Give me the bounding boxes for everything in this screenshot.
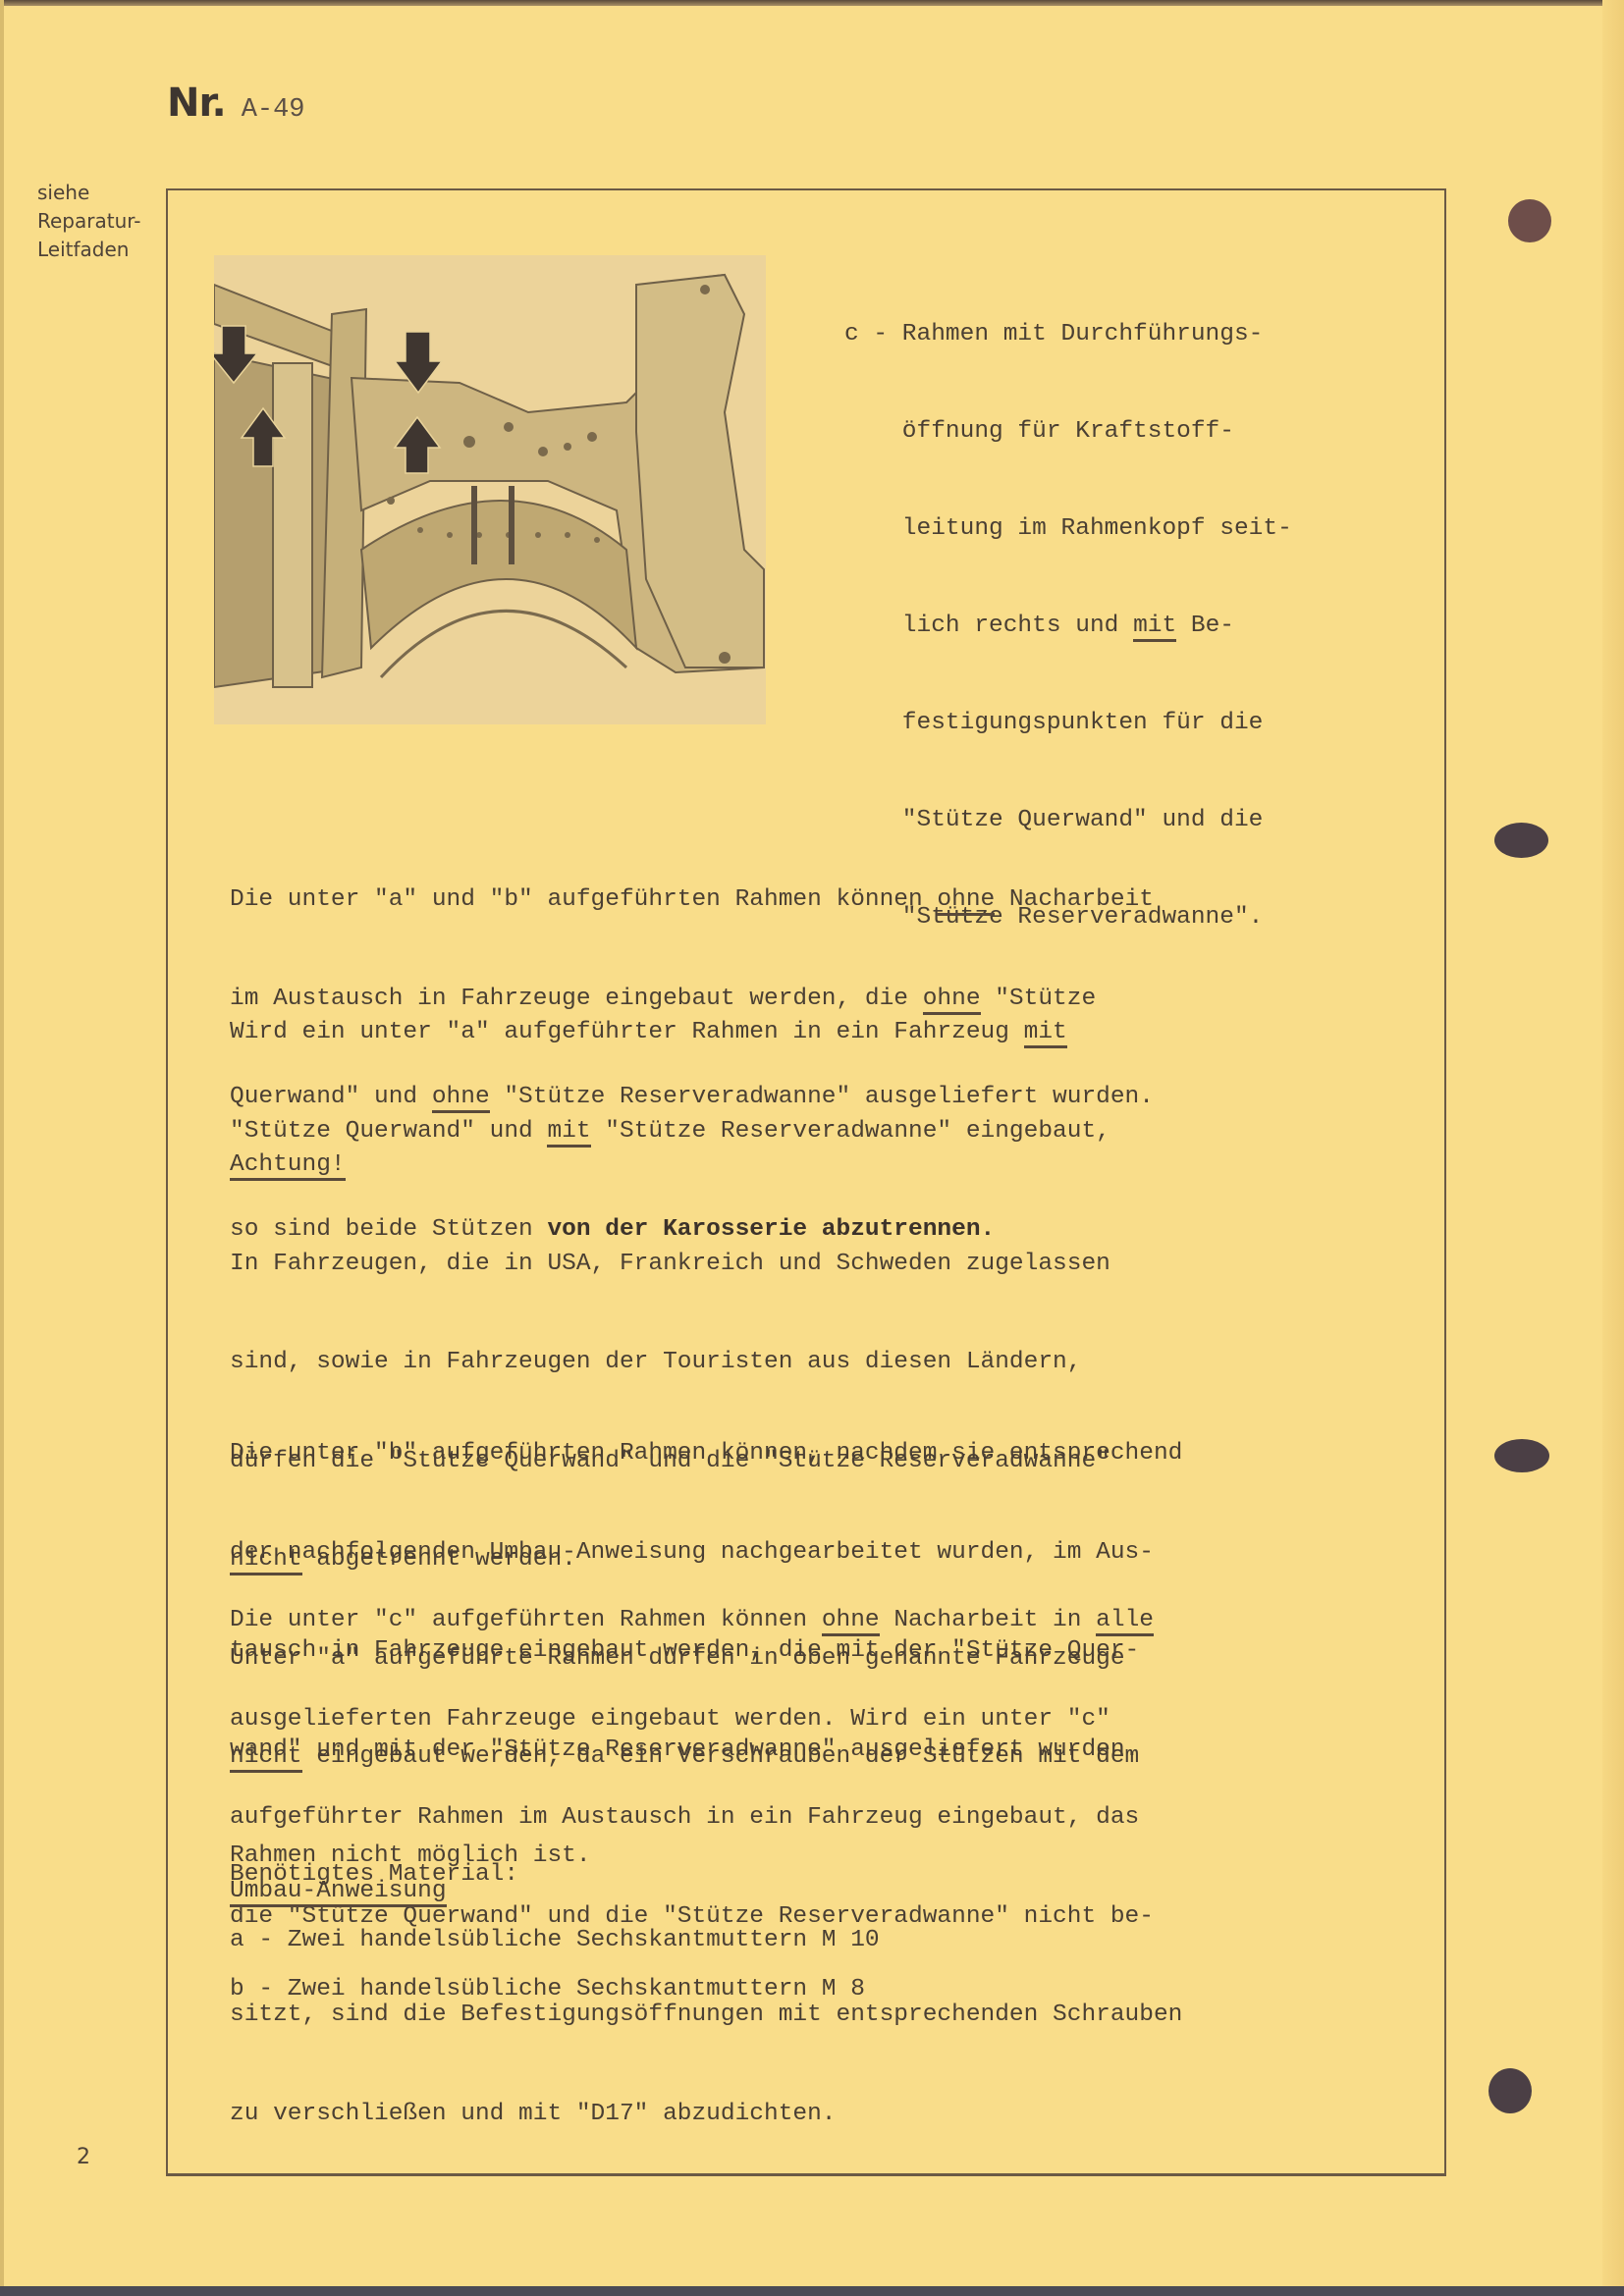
- text-line: Die unter "b" aufgeführten Rahmen können…: [230, 1437, 1182, 1470]
- punch-hole-icon: [1494, 1439, 1549, 1472]
- emphasis-ohne: ohne: [822, 1607, 880, 1636]
- document-number-value: A-49: [242, 95, 305, 125]
- emphasis-mit: mit: [1133, 613, 1176, 642]
- punch-hole-icon: [1494, 823, 1548, 858]
- caption-line: öffnung für Kraftstoff-: [844, 415, 1292, 448]
- text-line: Wird ein unter "a" aufgeführter Rahmen i…: [230, 1016, 1110, 1049]
- punch-hole-icon: [1508, 199, 1551, 242]
- caption-line: c - Rahmen mit Durchführungs-: [844, 318, 1292, 350]
- frame-photo-illustration: [214, 255, 766, 724]
- text-line: Achtung!: [230, 1148, 1139, 1182]
- text-line: ausgelieferten Fahrzeuge eingebaut werde…: [230, 1703, 1182, 1736]
- scan-bottom-edge: [0, 2286, 1624, 2296]
- page-number: 2: [77, 2145, 90, 2169]
- emphasis-alle: alle: [1096, 1607, 1154, 1636]
- material-label: Benötigtes Material:: [230, 1858, 518, 1892]
- caption-text: lich rechts und: [844, 613, 1133, 639]
- attention-heading: Achtung!: [230, 1151, 346, 1181]
- caption-line: lich rechts und mit Be-: [844, 610, 1292, 642]
- emphasis-mit: mit: [1024, 1019, 1067, 1048]
- side-note-line: Reparatur-: [37, 207, 140, 236]
- caption-line: leitung im Rahmenkopf seit-: [844, 512, 1292, 545]
- emphasis-ohne: ohne: [937, 886, 995, 916]
- text-line: zu verschließen und mit "D17" abzudichte…: [230, 2098, 1182, 2131]
- scan-top-edge: [0, 0, 1624, 6]
- scan-right-edge: [1602, 0, 1624, 2296]
- side-note-line: siehe: [37, 179, 140, 207]
- text-line: Die unter "c" aufgeführten Rahmen können…: [230, 1604, 1182, 1637]
- caption-line: festigungspunkten für die: [844, 707, 1292, 739]
- scan-left-edge: [0, 0, 4, 2296]
- material-item-a: a - Zwei handelsübliche Sechskantmuttern…: [230, 1924, 880, 1957]
- document-number: Nr. A-49: [167, 80, 305, 126]
- side-note: siehe Reparatur- Leitfaden: [37, 179, 140, 264]
- text-line: In Fahrzeugen, die in USA, Frankreich un…: [230, 1248, 1139, 1281]
- caption-text: Be-: [1176, 613, 1234, 639]
- frame-photo: [214, 255, 766, 724]
- document-number-label: Nr.: [167, 80, 226, 126]
- material-item-b: b - Zwei handelsübliche Sechskantmuttern…: [230, 1973, 865, 2006]
- punch-hole-icon: [1489, 2068, 1532, 2113]
- text-line: Die unter "a" und "b" aufgeführten Rahme…: [230, 883, 1154, 917]
- side-note-line: Leitfaden: [37, 236, 140, 264]
